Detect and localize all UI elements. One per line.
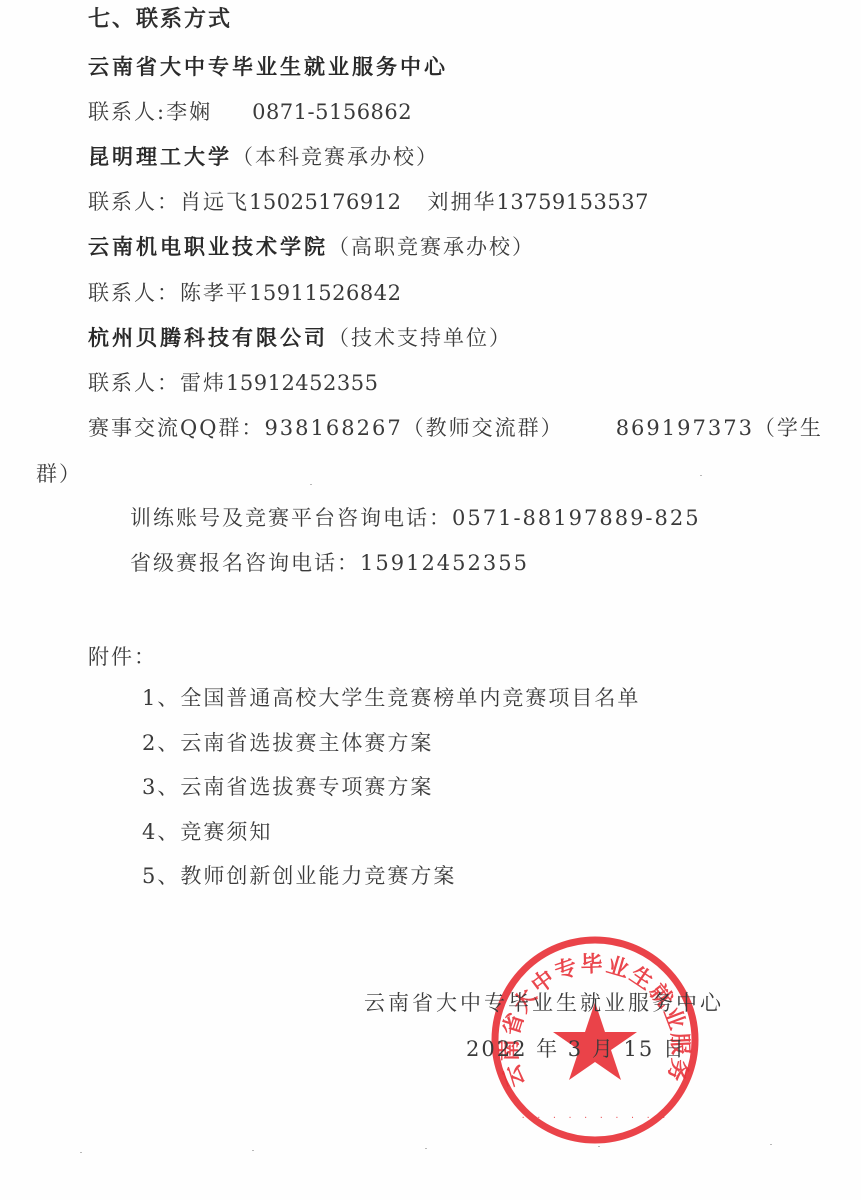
contact-line-3: 联系人：陈孝平15911526842: [88, 278, 401, 308]
qq-student-group: 869197373（学生: [616, 416, 823, 440]
contact-org-3: 云南机电职业技术学院（高职竞赛承办校）: [88, 232, 535, 262]
org-role: （技术支持单位）: [328, 326, 512, 350]
contact-phone: 15912452355: [226, 371, 378, 395]
contact-label: 联系人：: [88, 371, 180, 395]
org-name: 杭州贝腾科技有限公司: [88, 326, 328, 350]
contact-line-4: 联系人：雷炜15912452355: [88, 368, 378, 398]
qq-groups-line: 赛事交流QQ群：938168267（教师交流群）869197373（学生: [88, 413, 823, 443]
contact-name: 刘拥华: [427, 190, 496, 214]
org-role: （高职竞赛承办校）: [328, 235, 535, 259]
attachment-item-1: 1、全国普通高校大学生竞赛榜单内竞赛项目名单: [142, 683, 640, 713]
contact-line-2: 联系人：肖远飞15025176912刘拥华13759153537: [88, 187, 649, 217]
contact-org-4: 杭州贝腾科技有限公司（技术支持单位）: [88, 323, 512, 353]
contact-name: 肖远飞: [180, 190, 249, 214]
contact-phone: 0871-5156862: [252, 100, 412, 124]
svg-text:· · · · · · · · · ·: · · · · · · · · · ·: [521, 1113, 670, 1122]
section-heading: 七、联系方式: [88, 5, 232, 35]
org-role: （本科竞赛承办校）: [232, 145, 439, 169]
qq-label: 赛事交流QQ群：: [88, 416, 264, 440]
contact-name: 雷炜: [180, 371, 226, 395]
scan-speck: [598, 1146, 600, 1147]
attachment-item-5: 5、教师创新创业能力竞赛方案: [142, 861, 456, 891]
scan-speck: [700, 475, 702, 476]
contact-phone: 15911526842: [249, 281, 401, 305]
scan-speck: [310, 484, 312, 485]
contact-org-2: 昆明理工大学（本科竞赛承办校）: [88, 142, 439, 172]
contact-name: 陈孝平: [180, 281, 249, 305]
registration-consult-phone: 省级赛报名咨询电话：15912452355: [130, 548, 529, 578]
contact-line-1: 联系人:李娴0871-5156862: [88, 97, 412, 127]
contact-phone: 13759153537: [496, 190, 648, 214]
attachment-item-3: 3、云南省选拔赛专项赛方案: [142, 772, 433, 802]
attachment-item-4: 4、竞赛须知: [142, 817, 272, 847]
signature-date: 2022 年 3 月 15 日: [466, 1034, 686, 1064]
contact-label: 联系人：: [88, 190, 180, 214]
attachments-label: 附件：: [88, 642, 157, 672]
scan-speck: [770, 1144, 772, 1145]
contact-org-1: 云南省大中专毕业生就业服务中心: [88, 52, 448, 82]
scan-speck: [80, 1152, 82, 1153]
org-name: 云南机电职业技术学院: [88, 235, 328, 259]
contact-phone: 15025176912: [249, 190, 401, 214]
org-name: 昆明理工大学: [88, 145, 232, 169]
qq-student-group-wrap: 群）: [36, 459, 82, 489]
scan-speck: [252, 1150, 254, 1151]
signature-org: 云南省大中专毕业生就业服务中心: [364, 988, 724, 1018]
scan-speck: [425, 1148, 427, 1149]
contact-label: 联系人:李娴: [88, 100, 212, 124]
training-consult-phone: 训练账号及竞赛平台咨询电话：0571-88197889-825: [130, 503, 701, 533]
contact-label: 联系人：: [88, 281, 180, 305]
qq-teacher-group: 938168267（教师交流群）: [264, 416, 563, 440]
attachment-item-2: 2、云南省选拔赛主体赛方案: [142, 728, 433, 758]
